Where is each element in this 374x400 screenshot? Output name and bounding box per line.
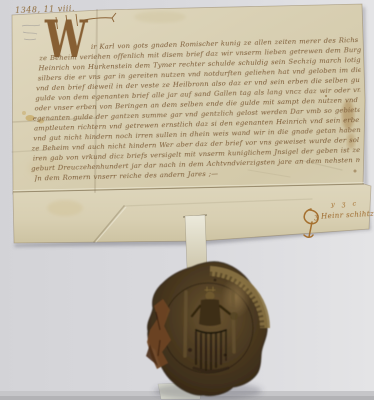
photograph: 1348, 11 viii. W ir Karl von gots gnaden… xyxy=(0,0,374,400)
seal-tag xyxy=(185,215,207,268)
charter-text-block: ir Karl von gots gnaden Romischer kunig … xyxy=(14,1,371,196)
charter-line: Jn dem Romern vnserr reiche des andern J… xyxy=(34,170,244,182)
chancery-note: y ʒ c xyxy=(331,201,359,208)
